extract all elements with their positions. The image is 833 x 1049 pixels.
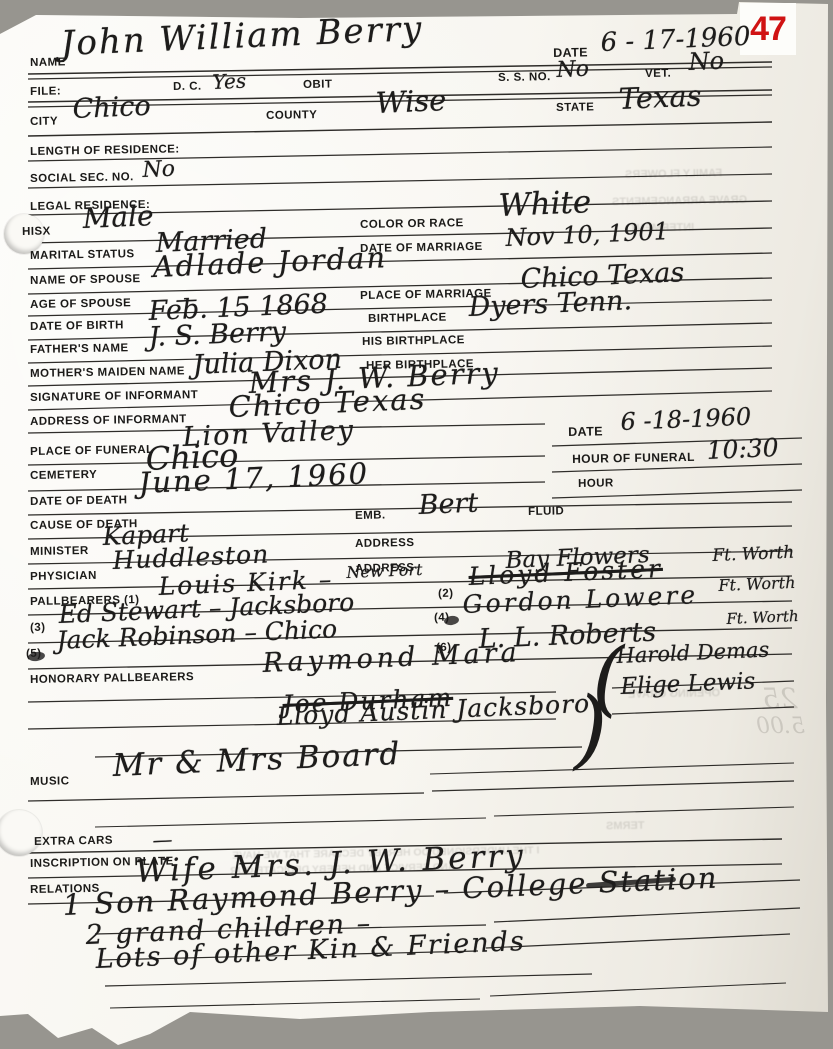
field-label-cemetery: CEMETERY <box>30 469 97 482</box>
field-label-fathers-name: FATHER'S NAME <box>30 342 129 356</box>
ruled-line <box>28 122 772 136</box>
bracket-close: ) <box>574 686 608 772</box>
field-label-extra-cars: EXTRA CARS <box>34 835 113 848</box>
field-label-date-of-birth: DATE OF BIRTH <box>30 319 124 333</box>
bleed-through-text: GRAVE ARRANGEMENTS <box>612 194 747 208</box>
field-label-hour: HOUR <box>578 477 614 490</box>
field-label-pallbearers-2: (2) <box>438 588 454 600</box>
ruled-line <box>28 502 792 515</box>
ruled-line <box>486 934 790 948</box>
field-label-marital-status: MARITAL STATUS <box>30 248 135 262</box>
handwritten-city: Chico <box>72 91 151 125</box>
ruled-line <box>110 999 480 1008</box>
field-label-minister-address: ADDRESS <box>355 537 415 550</box>
field-label-birthplace: BIRTHPLACE <box>368 312 447 325</box>
handwritten-county: Wise <box>375 83 447 120</box>
field-label-city: CITY <box>30 116 58 128</box>
ruled-line <box>28 793 424 801</box>
bleed-through-number: 5.00 <box>756 714 805 739</box>
field-label-place-of-funeral: PLACE OF FUNERAL <box>30 444 154 458</box>
field-label-color-or-race: COLOR OR RACE <box>360 217 464 231</box>
ruled-line <box>430 763 794 774</box>
ruled-line <box>432 781 794 791</box>
handwritten-color-or-race: White <box>498 184 592 224</box>
handwritten-date: 6 - 17-1960 <box>600 22 751 58</box>
field-label-file: FILE: <box>30 85 61 98</box>
ruled-line <box>494 807 794 816</box>
field-label-physician: PHYSICIAN <box>30 570 97 583</box>
handwritten-emb: Bert <box>418 488 479 521</box>
handwritten-pallbearer-2-city: Ft. Worth <box>718 573 796 595</box>
handwritten-sex: Male <box>82 199 154 235</box>
handwritten-physician-address-city: Ft. Worth <box>712 543 795 566</box>
field-label-fluid: FLUID <box>528 505 564 518</box>
field-label-ssno: S. S. NO. <box>498 71 551 84</box>
ruled-line <box>105 974 592 986</box>
field-label-pallbearers-3: (3) <box>30 622 46 634</box>
handwritten-pallbearer-4-city: Ft. Worth <box>726 607 799 628</box>
field-label-hour-of-funeral: HOUR OF FUNERAL <box>572 450 695 466</box>
field-label-county: COUNTY <box>266 109 317 122</box>
handwritten-pallbearer-1-city: New Port <box>346 560 423 582</box>
field-label-state: STATE <box>556 101 594 114</box>
field-label-music: MUSIC <box>30 775 70 788</box>
handwritten-social-sec-no: No <box>142 157 176 183</box>
ruled-line <box>95 818 486 827</box>
field-label-sex: HISX <box>22 225 51 237</box>
handwritten-ssno: No <box>556 57 590 83</box>
handwritten-extra-cars: — <box>152 827 173 852</box>
ruled-line <box>494 908 800 922</box>
field-label-age-of-spouse: AGE OF SPOUSE <box>30 297 131 311</box>
ruled-line <box>490 983 786 996</box>
handwritten-state: Texas <box>618 79 702 116</box>
handwritten-hour-of-funeral: 10:30 <box>706 433 779 465</box>
handwritten-dc: Yes <box>212 69 247 94</box>
field-label-emb: EMB. <box>355 509 386 522</box>
field-label-obit: OBIT <box>303 78 332 91</box>
ruled-line <box>552 490 802 498</box>
field-label-name-of-spouse: NAME OF SPOUSE <box>30 273 141 287</box>
handwritten-funeral-date: 6 -18-1960 <box>620 403 752 436</box>
field-label-social-sec-no: SOCIAL SEC. NO. <box>30 171 134 185</box>
handwritten-vet: No <box>688 47 725 76</box>
bleed-through-text: FAMILY FLOWERS <box>625 167 722 181</box>
field-label-dc: D. C. <box>173 81 202 93</box>
scanned-funeral-record: FAMILY FLOWERS GRAVE ARRANGEMENTS INTERM… <box>0 0 833 1049</box>
field-label-vet: VET. <box>645 68 671 80</box>
field-label-minister: MINISTER <box>30 545 89 558</box>
field-label-date-of-death: DATE OF DEATH <box>30 494 128 508</box>
bleed-through-number: 25 <box>762 682 798 715</box>
field-label-his-birthplace: HIS BIRTHPLACE <box>362 334 465 348</box>
bleed-through-text: TERMS <box>606 820 645 833</box>
field-label-funeral-date: DATE <box>568 424 603 439</box>
